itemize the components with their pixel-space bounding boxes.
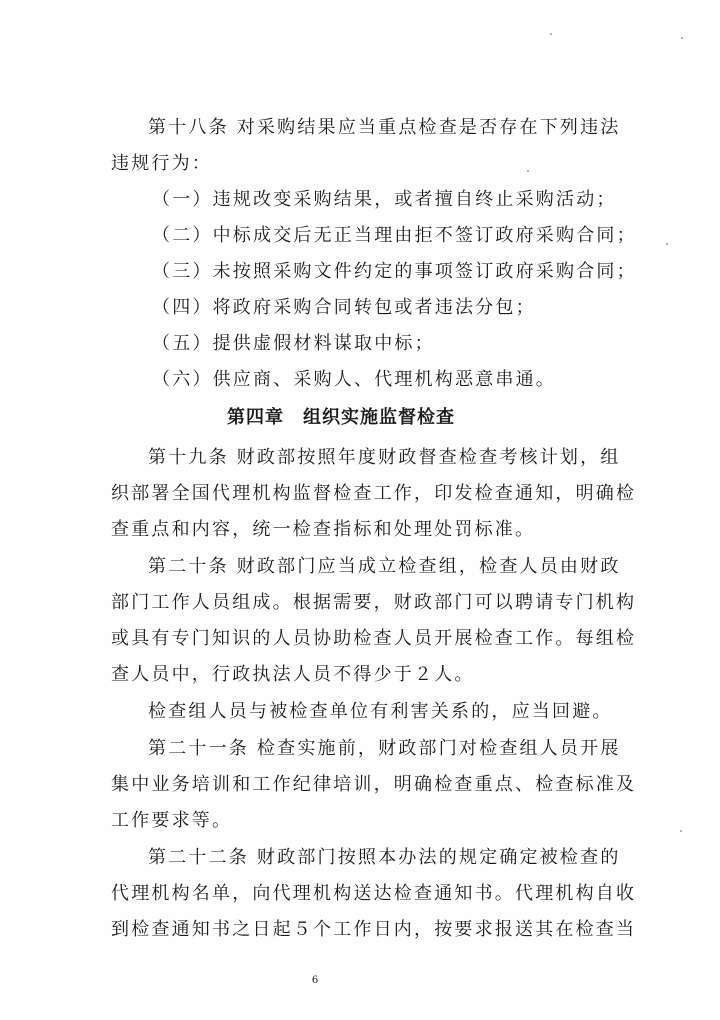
article-19-line-2: 织部署全国代理机构监督检查工作，印发检查通知，明确检 (111, 482, 631, 506)
article-18-line-1: 第十八条 对采购结果应当重点检查是否存在下列违法 (148, 116, 668, 140)
article-18-item-2: （二）中标成交后无正当理由拒不签订政府采购合同； (152, 224, 672, 248)
article-19-line-1: 第十九条 财政部按照年度财政督查检查考核计划，组 (148, 446, 668, 470)
article-18-line-2: 违规行为： (111, 152, 631, 176)
scan-speck (680, 830, 682, 832)
article-19-line-3: 查重点和内容，统一检查指标和处理处罚标准。 (111, 518, 631, 542)
scan-speck (550, 33, 552, 35)
article-18-item-3: （三）未按照采购文件约定的事项签订政府采购合同； (152, 260, 672, 284)
article-18-item-1: （一）违规改变采购结果，或者擅自终止采购活动； (152, 188, 672, 212)
article-20-line-3: 或具有专门知识的人员协助检查人员开展检查工作。每组检 (111, 627, 631, 651)
scan-speck (681, 37, 683, 39)
article-18-item-6: （六）供应商、采购人、代理机构恶意串通。 (152, 368, 672, 392)
article-18-item-5: （五）提供虚假材料谋取中标； (152, 332, 672, 356)
page-number: 6 (0, 975, 720, 986)
chapter-heading: 第四章 组织实施监督检查 (0, 406, 720, 430)
article-21-line-2: 集中业务培训和工作纪律培训，明确检查重点、检查标准及 (111, 773, 631, 797)
article-20-paragraph-2: 检查组人员与被检查单位有利害关系的，应当回避。 (148, 700, 668, 724)
article-18-item-4: （四）将政府采购合同转包或者违法分包； (152, 296, 672, 320)
article-22-line-3: 到检查通知书之日起５个工作日内，按要求报送其在检查当 (111, 918, 631, 942)
article-20-line-4: 查人员中，行政执法人员不得少于２人。 (111, 663, 631, 687)
article-20-line-1: 第二十条 财政部门应当成立检查组，检查人员由财政 (148, 555, 668, 579)
article-21-line-1: 第二十一条 检查实施前，财政部门对检查组人员开展 (148, 737, 668, 761)
article-21-line-3: 工作要求等。 (111, 809, 631, 833)
article-22-line-2: 代理机构名单，向代理机构送达检查通知书。代理机构自收 (111, 882, 631, 906)
document-page: 第十八条 对采购结果应当重点检查是否存在下列违法 违规行为： （一）违规改变采购… (0, 0, 720, 1020)
article-20-line-2: 部门工作人员组成。根据需要，财政部门可以聘请专门机构 (111, 591, 631, 615)
scan-speck (527, 170, 529, 172)
scan-speck (666, 243, 668, 245)
article-22-line-1: 第二十二条 财政部门按照本办法的规定确定被检查的 (148, 846, 668, 870)
